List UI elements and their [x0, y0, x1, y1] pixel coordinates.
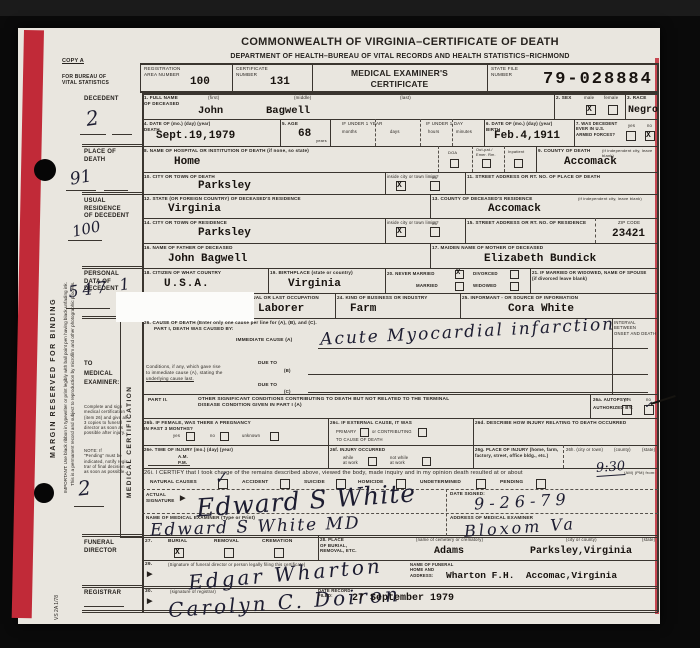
state-file-number: 79-028884: [543, 70, 653, 89]
county-of-death: Accomack: [564, 156, 617, 168]
cemetery-sub-label: (name of cemetery or crematory): [416, 537, 483, 542]
limits-death-label: inside city or town limits?: [387, 174, 439, 179]
field-28-label: 28. PLACE OF BURIAL, REMOVAL, ETC.: [320, 537, 357, 554]
hw-margin-2: 2: [84, 105, 100, 131]
field-26h-label: 26h. (city or town): [566, 447, 603, 452]
sex-male-label: male: [584, 95, 594, 101]
date-filed-label: DATE RECORD FILED:: [318, 588, 351, 599]
forces-no-label: no: [647, 123, 652, 128]
field-1-label: 1. FULL NAME OF DECEASED: [144, 95, 179, 106]
hw-date-signed: 9-26-79: [474, 489, 572, 513]
pregnancy-yes-label: yes: [173, 433, 180, 438]
county-of-residence: Accomack: [488, 203, 541, 215]
autopsy-yes-label: yes: [624, 397, 631, 402]
registrar-signature-arrow: ▶: [147, 598, 153, 607]
scanned-death-certificate: MARGIN RESERVED FOR BINDING IMPORTANT: U…: [0, 0, 700, 648]
margin-important-text-1: IMPORTANT: Use black ribbon in typewrite…: [63, 282, 68, 493]
birthplace-value: Virginia: [288, 278, 341, 290]
ampm-label: (AM) (PM) from:: [624, 470, 656, 475]
part2-text: OTHER SIGNIFICANT CONDITIONS CONTRIBUTIN…: [198, 397, 558, 409]
outpatient-label: Out-pat./ Emer. Rm.: [476, 148, 496, 157]
limits-death-yes-check: X: [397, 181, 402, 190]
never-married-check: X: [456, 269, 460, 277]
field-10-label: 10. CITY OR TOWN OF DEATH: [144, 174, 215, 180]
widowed-label: WIDOWED: [473, 283, 497, 289]
primary-label: PRIMARY: [336, 429, 356, 434]
registration-area-label: REGISTRATION AREA NUMBER: [144, 66, 181, 77]
signature-arrow: ▶: [180, 495, 186, 504]
age-value: 68: [298, 128, 311, 140]
certificate-subtitle: DEPARTMENT OF HEALTH–BUREAU OF VITAL REC…: [142, 53, 658, 62]
never-married-label: 20. NEVER MARRIED: [387, 271, 435, 277]
field-26c-label: 26c. IF EXTERNAL CAUSE, IT WAS: [330, 420, 412, 426]
while-at-work-checkbox: [368, 457, 377, 466]
widowed-checkbox: [510, 282, 519, 291]
decedent-first-name: John: [198, 105, 223, 117]
pregnancy-yes-checkbox: [186, 432, 195, 441]
date-filed-value: 27 September 1979: [352, 593, 454, 604]
limits-death-no-label: no: [432, 175, 437, 180]
divorced-checkbox: [510, 270, 519, 279]
pregnancy-unknown-label: unknown: [242, 433, 260, 438]
doa-checkbox: [450, 159, 459, 168]
decedent-last-name: Bagwell: [266, 105, 310, 117]
margin-important-text-2: This is a permanent record and subject t…: [70, 282, 75, 486]
part2-label: PART II.: [148, 398, 168, 404]
field-1-last: (last): [400, 95, 411, 101]
bureau-label: FOR BUREAU OF VITAL STATISTICS: [62, 74, 109, 87]
medical-examiners-certificate: MEDICAL EXAMINER'S CERTIFICATE: [312, 68, 487, 89]
field-9-label: 9. COUNTY OF DEATH: [538, 148, 590, 154]
am-label: A.M.: [178, 454, 188, 460]
certificate-number-label: CERTIFICATE NUMBER: [236, 66, 268, 77]
field-30-number: 30.: [145, 589, 152, 595]
field-26b-label: 26b. IF FEMALE, WAS THERE A PREGNANCY IN…: [144, 420, 251, 431]
age-years-label: years: [316, 138, 327, 143]
field-1-first: (first): [208, 95, 219, 101]
certificate-paper: MARGIN RESERVED FOR BINDING IMPORTANT: U…: [18, 28, 660, 624]
not-while-at-work-label: not while at work: [390, 455, 408, 466]
copy-label: COPY A: [62, 58, 84, 65]
not-while-at-work-checkbox: [422, 457, 431, 466]
natural-causes-label: NATURAL CAUSES: [150, 480, 197, 486]
limits-res-no-checkbox: [430, 227, 440, 237]
zip-value: 23421: [612, 228, 645, 240]
field-26e-label: 26e. TIME OF INJURY (mo.) (day) (year): [144, 447, 233, 453]
accident-label: ACCIDENT: [242, 480, 268, 486]
citizen-of: U.S.A.: [164, 278, 210, 290]
under-1-day-label: IF UNDER 1 DAY: [426, 121, 463, 127]
burial-city-sub-label: (city or county): [566, 537, 597, 542]
side-usual-residence: USUAL RESIDENCE OF DECEDENT: [84, 198, 129, 221]
registration-area-value: 100: [190, 76, 210, 88]
field-30-label: (signature of registrar): [170, 589, 216, 594]
certificate-title: COMMONWEALTH OF VIRGINIA–CERTIFICATE OF …: [142, 36, 658, 50]
c-label: (C): [284, 389, 291, 395]
county-sub-label: (county): [614, 447, 631, 452]
redaction-box: [116, 292, 254, 322]
scan-edge: [0, 0, 700, 16]
under-1-year-days: days: [390, 129, 400, 134]
funeral-signature-arrow: ▶: [147, 571, 153, 580]
due-to-b-label: DUE TO: [258, 361, 277, 367]
field-17-label: 17. MAIDEN NAME OF MOTHER OF DECEASED: [432, 245, 543, 251]
married-label: MARRIED: [416, 283, 438, 289]
under-1-day-minutes: minutes: [456, 129, 472, 134]
industry-value: Farm: [350, 303, 376, 315]
autopsy-yes-checkbox: [622, 405, 632, 415]
margin-binding-text: MARGIN RESERVED FOR BINDING: [50, 298, 57, 458]
field-15-label: 15. STREET ADDRESS OR RT. NO. OF RESIDEN…: [467, 220, 586, 226]
removal-checkbox: [224, 548, 234, 558]
burial-label: BURIAL: [168, 539, 187, 545]
side-registrar: REGISTRAR: [84, 590, 121, 598]
under-1-day-hours: hours: [428, 129, 439, 134]
punch-hole-top: [34, 159, 56, 181]
pregnancy-no-label: no: [210, 433, 215, 438]
forces-yes-checkbox: [626, 131, 636, 141]
side-decedent: DECEDENT: [84, 96, 119, 104]
mother-maiden-name: Elizabeth Bundick: [484, 253, 596, 265]
field-21-label: 21. IF MARRIED OR WIDOWED, NAME OF SPOUS…: [532, 270, 654, 281]
field-26f-label: 26f. INJURY OCCURRED: [330, 447, 385, 453]
field-11-label: 11. STREET ADDRESS OR RT. NO. OF PLACE O…: [467, 174, 600, 180]
undetermined-label: UNDETERMINED: [420, 480, 461, 486]
field-19-label: 19. BIRTHPLACE (state or country): [270, 270, 353, 276]
hw-margin-2b: 2: [77, 475, 92, 500]
pregnancy-unknown-checkbox: [270, 432, 279, 441]
conditions-note-underlined: underlying cause last.: [146, 376, 194, 382]
race-value: Negro: [628, 105, 658, 116]
pending-checkbox: [536, 479, 546, 489]
funeral-home-value: Wharton F.H. Accomac,Virginia: [446, 570, 617, 581]
field-2-label: 2. SEX: [556, 95, 572, 101]
limits-death-no-checkbox: [430, 181, 440, 191]
cemetery-value: Adams: [434, 546, 464, 557]
contributing-checkbox: [418, 428, 427, 437]
hw-margin-91: 91: [68, 166, 93, 189]
city-of-death: Parksley: [198, 180, 251, 192]
field-26-label: 26. CAUSE OF DEATH (Enter only one cause…: [144, 320, 317, 326]
hw-cause-of-death: Acute Myocardial infarction: [320, 314, 616, 349]
date-of-death: Sept.19,1979: [156, 130, 235, 142]
to-cause-label: TO CAUSE OF DEATH: [336, 437, 383, 442]
removal-label: REMOVAL: [214, 539, 239, 545]
b-label: (B): [284, 368, 291, 374]
certify-text: 26i. I CERTIFY that I took charge of the…: [144, 470, 523, 477]
burial-state-sub-label: (state): [642, 537, 655, 542]
state-sub-label: (state): [642, 447, 655, 452]
burial-check: X: [175, 548, 180, 557]
while-at-work-label: while at work: [343, 455, 358, 466]
field-12-label: 12. STATE (OR FOREIGN COUNTRY) OF DECEAS…: [144, 196, 301, 202]
under-1-year-months: months: [342, 129, 357, 134]
sex-male-check: X: [587, 105, 592, 114]
punch-hole-bottom: [34, 483, 54, 503]
state-of-residence: Virginia: [168, 203, 221, 215]
limits-res-yes-check: X: [397, 227, 402, 236]
field-3-label: 3. RACE: [627, 95, 647, 101]
field-8-label: 8. NAME OF HOSPITAL OR INSTITUTION OF DE…: [144, 148, 309, 154]
actual-signature-label: ACTUAL SIGNATURE: [146, 492, 175, 503]
place-of-death-institution: Home: [174, 156, 200, 168]
inpatient-label: Inpatient: [508, 150, 524, 155]
field-24-label: 24. KIND OF BUSINESS OR INDUSTRY: [337, 295, 427, 301]
immediate-cause-label: IMMEDIATE CAUSE (A): [236, 338, 292, 344]
married-checkbox: [455, 282, 464, 291]
field-29-number: 29.: [145, 562, 152, 568]
field-26-label2: PART I, DEATH WAS CAUSED BY:: [154, 326, 234, 332]
doa-label: DOA: [448, 150, 457, 155]
hw-margin-100: 100: [70, 217, 102, 241]
forces-no-check: X: [646, 131, 651, 140]
inpatient-checkbox: [514, 159, 523, 168]
conditions-note: Conditions, if any, which gave rise to i…: [146, 364, 223, 375]
binding-stripe: [12, 30, 44, 618]
side-funeral-director: FUNERAL DIRECTOR: [84, 540, 117, 555]
occupation-value: Laborer: [258, 303, 304, 315]
side-place-of-death: PLACE OF DEATH: [84, 149, 116, 164]
hw-time-of-death: 9:30: [595, 459, 625, 477]
sex-female-label: female: [604, 95, 618, 101]
field-7-label: 7. WAS DECEDENT EVER IN U.S. ARMED FORCE…: [576, 121, 617, 137]
zip-label: ZIP CODE: [618, 220, 640, 226]
forces-yes-label: yes: [628, 123, 635, 128]
state-file-label: STATE FILE NUMBER: [491, 66, 518, 77]
limits-res-no-label: no: [432, 221, 437, 226]
certificate-number-value: 131: [270, 76, 290, 88]
side-to-medical-examiner: TO MEDICAL EXAMINER:: [84, 360, 119, 389]
field-25-label: 25. INFORMANT - OR SOURCE OF INFORMATION: [462, 295, 578, 301]
under-1-year-label: IF UNDER 1 YEAR: [342, 121, 383, 127]
form-number: VS 2A 1/78: [54, 595, 60, 620]
interval-label: INTERVAL BETWEEN ONSET AND DEATH: [614, 320, 658, 336]
date-of-birth: Feb.4,1911: [494, 130, 560, 142]
field-26d-label: 26d. DESCRIBE HOW INJURY RELATING TO DEA…: [475, 420, 653, 426]
primary-checkbox: [360, 428, 369, 437]
field-27-number: 27.: [145, 539, 152, 545]
cremation-checkbox: [274, 548, 284, 558]
outpatient-checkbox: [482, 159, 491, 168]
city-of-residence: Parksley: [198, 227, 251, 239]
field-5-label: 5. AGE: [282, 121, 298, 127]
field-16-label: 16. NAME OF FATHER OF DECEASED: [144, 245, 233, 251]
informant-value: Cora White: [508, 303, 574, 315]
field-1-middle: (middle): [294, 95, 311, 101]
limits-res-label: inside city or town limits?: [387, 220, 439, 225]
due-to-c-label: DUE TO: [258, 383, 277, 389]
field-14-label: 14. CITY OR TOWN OF RESIDENCE: [144, 220, 227, 226]
pending-label: PENDING: [500, 480, 523, 486]
undetermined-checkbox: [476, 479, 486, 489]
divorced-label: DIVORCED: [473, 271, 498, 277]
field-26g-label: 26g. PLACE OF INJURY (home, farm, factor…: [475, 447, 558, 458]
pregnancy-no-checkbox: [220, 432, 229, 441]
contributing-label: or CONTRIBUTING: [372, 429, 412, 434]
cremation-label: CREMATION: [262, 539, 293, 545]
father-name: John Bagwell: [168, 253, 247, 265]
sex-female-checkbox: [608, 105, 618, 115]
medical-certification-label: MEDICAL CERTIFICATION: [126, 385, 133, 498]
burial-city-value: Parksley,Virginia: [530, 546, 632, 557]
field-18-label: 18. CITIZEN OF WHAT COUNTRY: [144, 270, 221, 276]
field-13-note: (if independent city, leave blank): [578, 196, 656, 201]
field-13-label: 13. COUNTY OF DECEASED'S RESIDENCE: [432, 196, 532, 202]
